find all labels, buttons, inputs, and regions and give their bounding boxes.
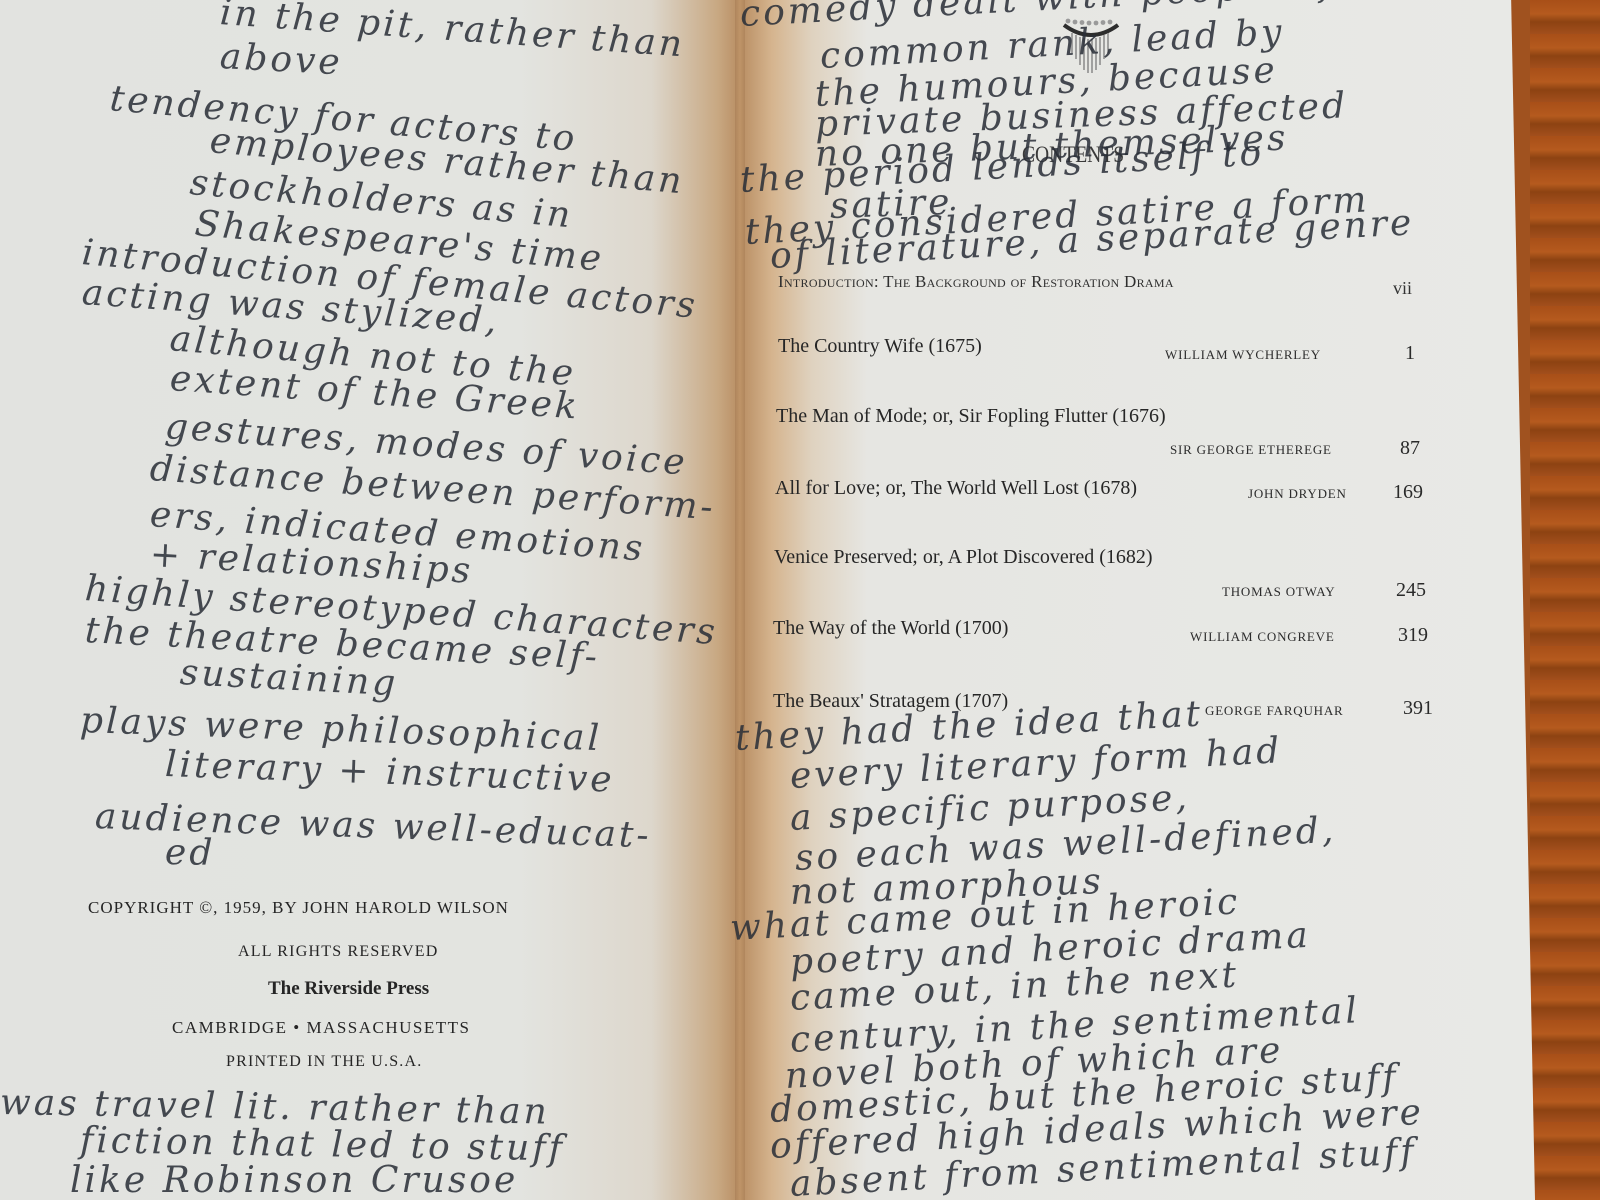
handwritten-note: ed (165, 832, 216, 874)
toc-entry-page: 87 (1400, 437, 1420, 460)
toc-entry-title: All for Love; or, The World Well Lost (1… (775, 477, 1137, 500)
printed-in: PRINTED IN THE U.S.A. (226, 1053, 422, 1071)
toc-entry-page: 169 (1393, 481, 1423, 504)
toc-introduction-page: vii (1393, 278, 1412, 299)
publisher-city: CAMBRIDGE • MASSACHUSETTS (172, 1018, 471, 1038)
toc-entry-author: George Farquhar (1205, 703, 1344, 719)
toc-entry-author: Thomas Otway (1222, 584, 1336, 600)
toc-entry-title: The Way of the World (1700) (773, 617, 1008, 640)
toc-entry-title: Venice Preserved; or, A Plot Discovered … (774, 546, 1153, 569)
toc-entry-author: William Wycherley (1165, 347, 1321, 363)
toc-introduction: Introduction: The Background of Restorat… (778, 272, 1174, 292)
handwritten-note: above (219, 36, 344, 83)
rights-reserved: ALL RIGHTS RESERVED (238, 943, 438, 961)
toc-entry-author: John Dryden (1248, 486, 1347, 502)
handwritten-note: like Robinson Crusoe (70, 1160, 518, 1200)
open-book: CONTENTS Introduction: The Background of… (0, 0, 1600, 1200)
toc-entry-author: William Congreve (1190, 629, 1335, 645)
toc-entry-title: The Country Wife (1675) (778, 335, 982, 358)
toc-entry-page: 319 (1398, 624, 1428, 647)
toc-entry-page: 245 (1396, 579, 1426, 602)
toc-entry-page: 1 (1405, 342, 1415, 365)
toc-entry-author: Sir George Etherege (1170, 442, 1332, 458)
toc-entry-title: The Man of Mode; or, Sir Fopling Flutter… (776, 405, 1166, 428)
toc-entry-page: 391 (1403, 697, 1433, 720)
copyright-line: COPYRIGHT ©, 1959, BY JOHN HAROLD WILSON (88, 898, 509, 918)
publisher-name: The Riverside Press (268, 978, 429, 1000)
